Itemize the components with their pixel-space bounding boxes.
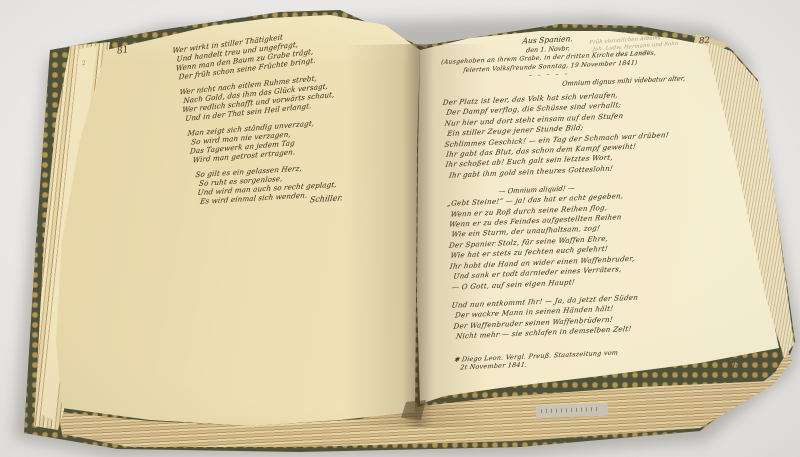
- pencil-mark: 2: [82, 60, 87, 67]
- left-poem-stanza-3: Man zeigt sich ständig unverzagt,So wird…: [187, 112, 399, 165]
- photo-backdrop: 81 2 Wer wirkt in stiller ThätigkeitUnd …: [0, 0, 800, 457]
- right-poem-stanza-2: „Gebt Steine!“ — ja! das hat er acht geg…: [447, 187, 731, 293]
- quire-mark: Ig.: [727, 359, 738, 368]
- right-poem-stanza-1: Der Platz ist leer, das Volk hat sich ve…: [443, 86, 726, 181]
- right-page-text: Aus Spanien. den 1. Novbr. (Ausgehoben a…: [440, 28, 734, 372]
- paper-scrap: [536, 403, 608, 419]
- left-page-number: 81: [116, 45, 129, 56]
- right-poem-stanza-3: Und nun entkommt Ihr! — Ja, da jetzt der…: [451, 288, 733, 342]
- left-page-text: Wer wirkt in stiller ThätigkeitUnd hande…: [172, 20, 407, 222]
